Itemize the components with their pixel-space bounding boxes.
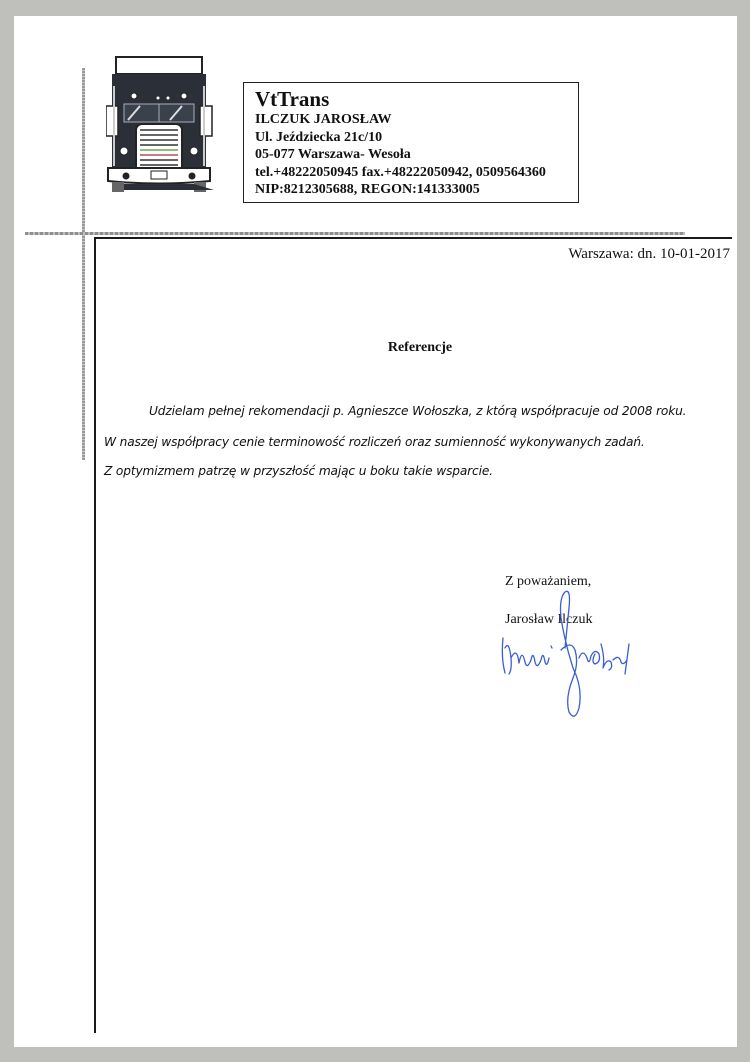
document-title: Referencje <box>0 340 750 356</box>
letter-frame-top-line <box>94 237 732 239</box>
decorative-gray-vertical-line <box>82 68 85 460</box>
truck-icon <box>106 56 216 192</box>
company-name: VtTrans <box>255 87 578 111</box>
company-contact: tel.+48222050945 fax.+48222050942, 05095… <box>255 164 578 182</box>
decorative-gray-horizontal-line <box>25 232 685 235</box>
place-date: Warszawa: dn. 10-01-2017 <box>568 246 730 263</box>
paragraph-2: W naszej współpracy cenie terminowość ro… <box>104 435 645 449</box>
letter-frame-left-line <box>94 237 96 1033</box>
company-header-box: VtTrans ILCZUK JAROSŁAW Ul. Jeździecka 2… <box>243 82 579 203</box>
paragraph-1: Udzielam pełnej rekomendacji p. Agnieszc… <box>149 404 686 418</box>
company-street: Ul. Jeździecka 21c/10 <box>255 129 578 147</box>
company-owner: ILCZUK JAROSŁAW <box>255 111 578 129</box>
company-city: 05-077 Warszawa- Wesoła <box>255 146 578 164</box>
paragraph-3: Z optymizmem patrzę w przyszłość mając u… <box>104 464 493 478</box>
handwritten-signature <box>495 588 635 723</box>
company-ids: NIP:8212305688, REGON:141333005 <box>255 181 578 199</box>
